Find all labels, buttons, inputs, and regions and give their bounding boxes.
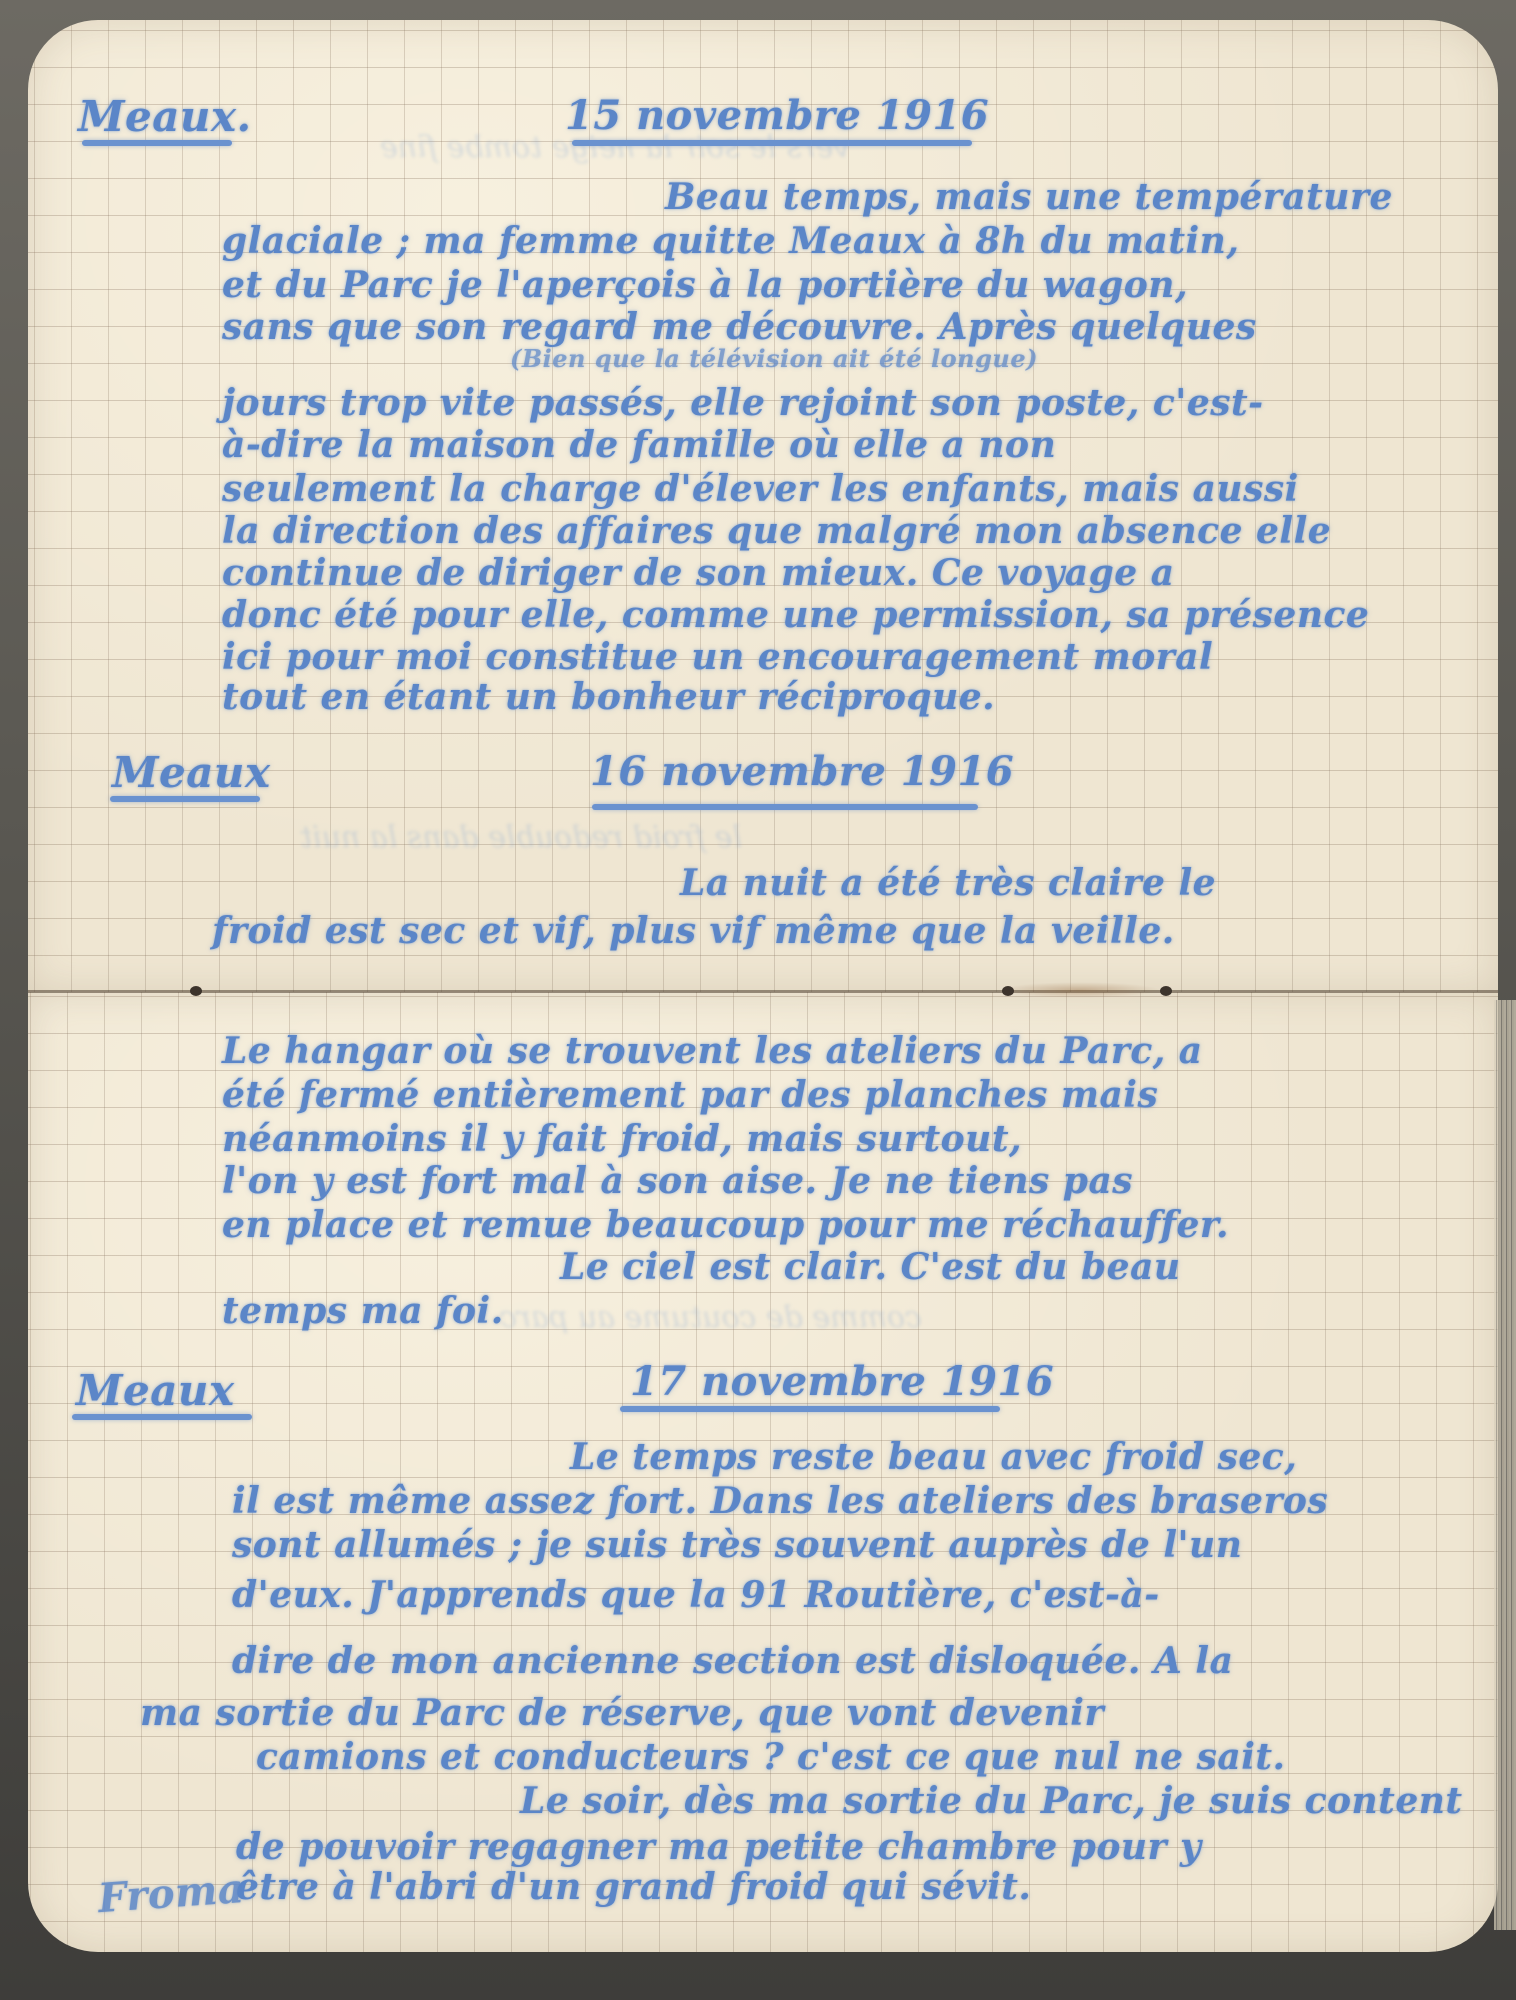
entry-3-line: sont allumés ; je suis très souvent aupr… <box>232 1524 1242 1566</box>
entry-3-place-underline <box>72 1414 252 1420</box>
entry-3-line: être à l'abri d'un grand froid qui sévit… <box>236 1866 1031 1908</box>
entry-1-date-underline <box>572 140 972 146</box>
staple-right <box>1160 986 1172 996</box>
entry-1-line: glaciale ; ma femme quitte Meaux à 8h du… <box>222 220 1239 262</box>
staple-left <box>190 986 202 996</box>
entry-1-insertion: (Bien que la télévision ait été longue) <box>510 344 1038 373</box>
entry-3-line: camions et conducteurs ? c'est ce que nu… <box>256 1736 1286 1778</box>
entry-2-line: été fermé entièrement par des planches m… <box>222 1074 1158 1116</box>
entry-3-line: Le temps reste beau avec froid sec, <box>570 1436 1297 1478</box>
entry-1-line: ici pour moi constitue un encouragement … <box>222 636 1213 678</box>
entry-3-date-underline <box>620 1406 1000 1412</box>
scanned-notebook: vers le soir la neige tombe fine le froi… <box>0 0 1516 2000</box>
entry-2-line: néanmoins il y fait froid, mais surtout, <box>222 1118 1022 1160</box>
entry-2-line: La nuit a été très claire le <box>680 862 1216 904</box>
entry-1-line: la direction des affaires que malgré mon… <box>222 510 1331 552</box>
page-stack-edge <box>1494 1000 1516 1930</box>
entry-1-line: sans que son regard me découvre. Après q… <box>222 306 1257 348</box>
entry-1-place: Meaux. <box>78 92 252 141</box>
entry-3-line: dire de mon ancienne section est disloqu… <box>232 1640 1233 1682</box>
entry-1-line: à-dire la maison de famille où elle a no… <box>222 424 1056 466</box>
entry-1-line: et du Parc je l'aperçois à la portière d… <box>222 264 1188 306</box>
entry-2-line: froid est sec et vif, plus vif même que … <box>212 910 1175 952</box>
staple-middle <box>1002 986 1014 996</box>
entry-2-line: Le ciel est clair. C'est du beau <box>560 1246 1181 1288</box>
entry-2-line: Le hangar où se trouvent les ateliers du… <box>222 1030 1203 1072</box>
entry-2-place-underline <box>110 796 260 802</box>
entry-1-line: tout en étant un bonheur réciproque. <box>222 676 995 718</box>
entry-2-line: temps ma foi. <box>222 1290 504 1332</box>
entry-1-place-underline <box>82 140 232 146</box>
entry-1-line: continue de diriger de son mieux. Ce voy… <box>222 552 1175 594</box>
entry-3-place: Meaux <box>76 1366 235 1415</box>
entry-3-date: 17 novembre 1916 <box>630 1358 1054 1405</box>
entry-1-line: Beau temps, mais une température <box>665 176 1393 218</box>
entry-3-line: de pouvoir regagner ma petite chambre po… <box>236 1826 1201 1868</box>
rust-stain <box>1000 982 1160 998</box>
entry-2-date: 16 novembre 1916 <box>590 748 1014 795</box>
entry-2-line: en place et remue beaucoup pour me récha… <box>222 1204 1229 1246</box>
entry-1-date: 15 novembre 1916 <box>565 92 989 139</box>
entry-2-date-underline <box>592 804 978 810</box>
bleed-through: comme de coutume au parc <box>500 1300 922 1335</box>
entry-3-line: Le soir, dès ma sortie du Parc, je suis … <box>520 1780 1463 1822</box>
entry-2-place: Meaux <box>112 748 271 797</box>
bleed-through: le froid redouble dans la nuit <box>300 820 742 855</box>
entry-3-line: d'eux. J'apprends que la 91 Routière, c'… <box>232 1574 1160 1616</box>
entry-1-line: jours trop vite passés, elle rejoint son… <box>222 382 1264 424</box>
entry-1-line: seulement la charge d'élever les enfants… <box>222 468 1299 510</box>
entry-1-line: donc été pour elle, comme une permission… <box>222 594 1369 636</box>
binding-seam <box>28 990 1498 993</box>
entry-2-line: l'on y est fort mal à son aise. Je ne ti… <box>222 1160 1133 1202</box>
entry-3-line: il est même assez fort. Dans les atelier… <box>232 1480 1328 1522</box>
entry-3-line: ma sortie du Parc de réserve, que vont d… <box>140 1692 1104 1734</box>
